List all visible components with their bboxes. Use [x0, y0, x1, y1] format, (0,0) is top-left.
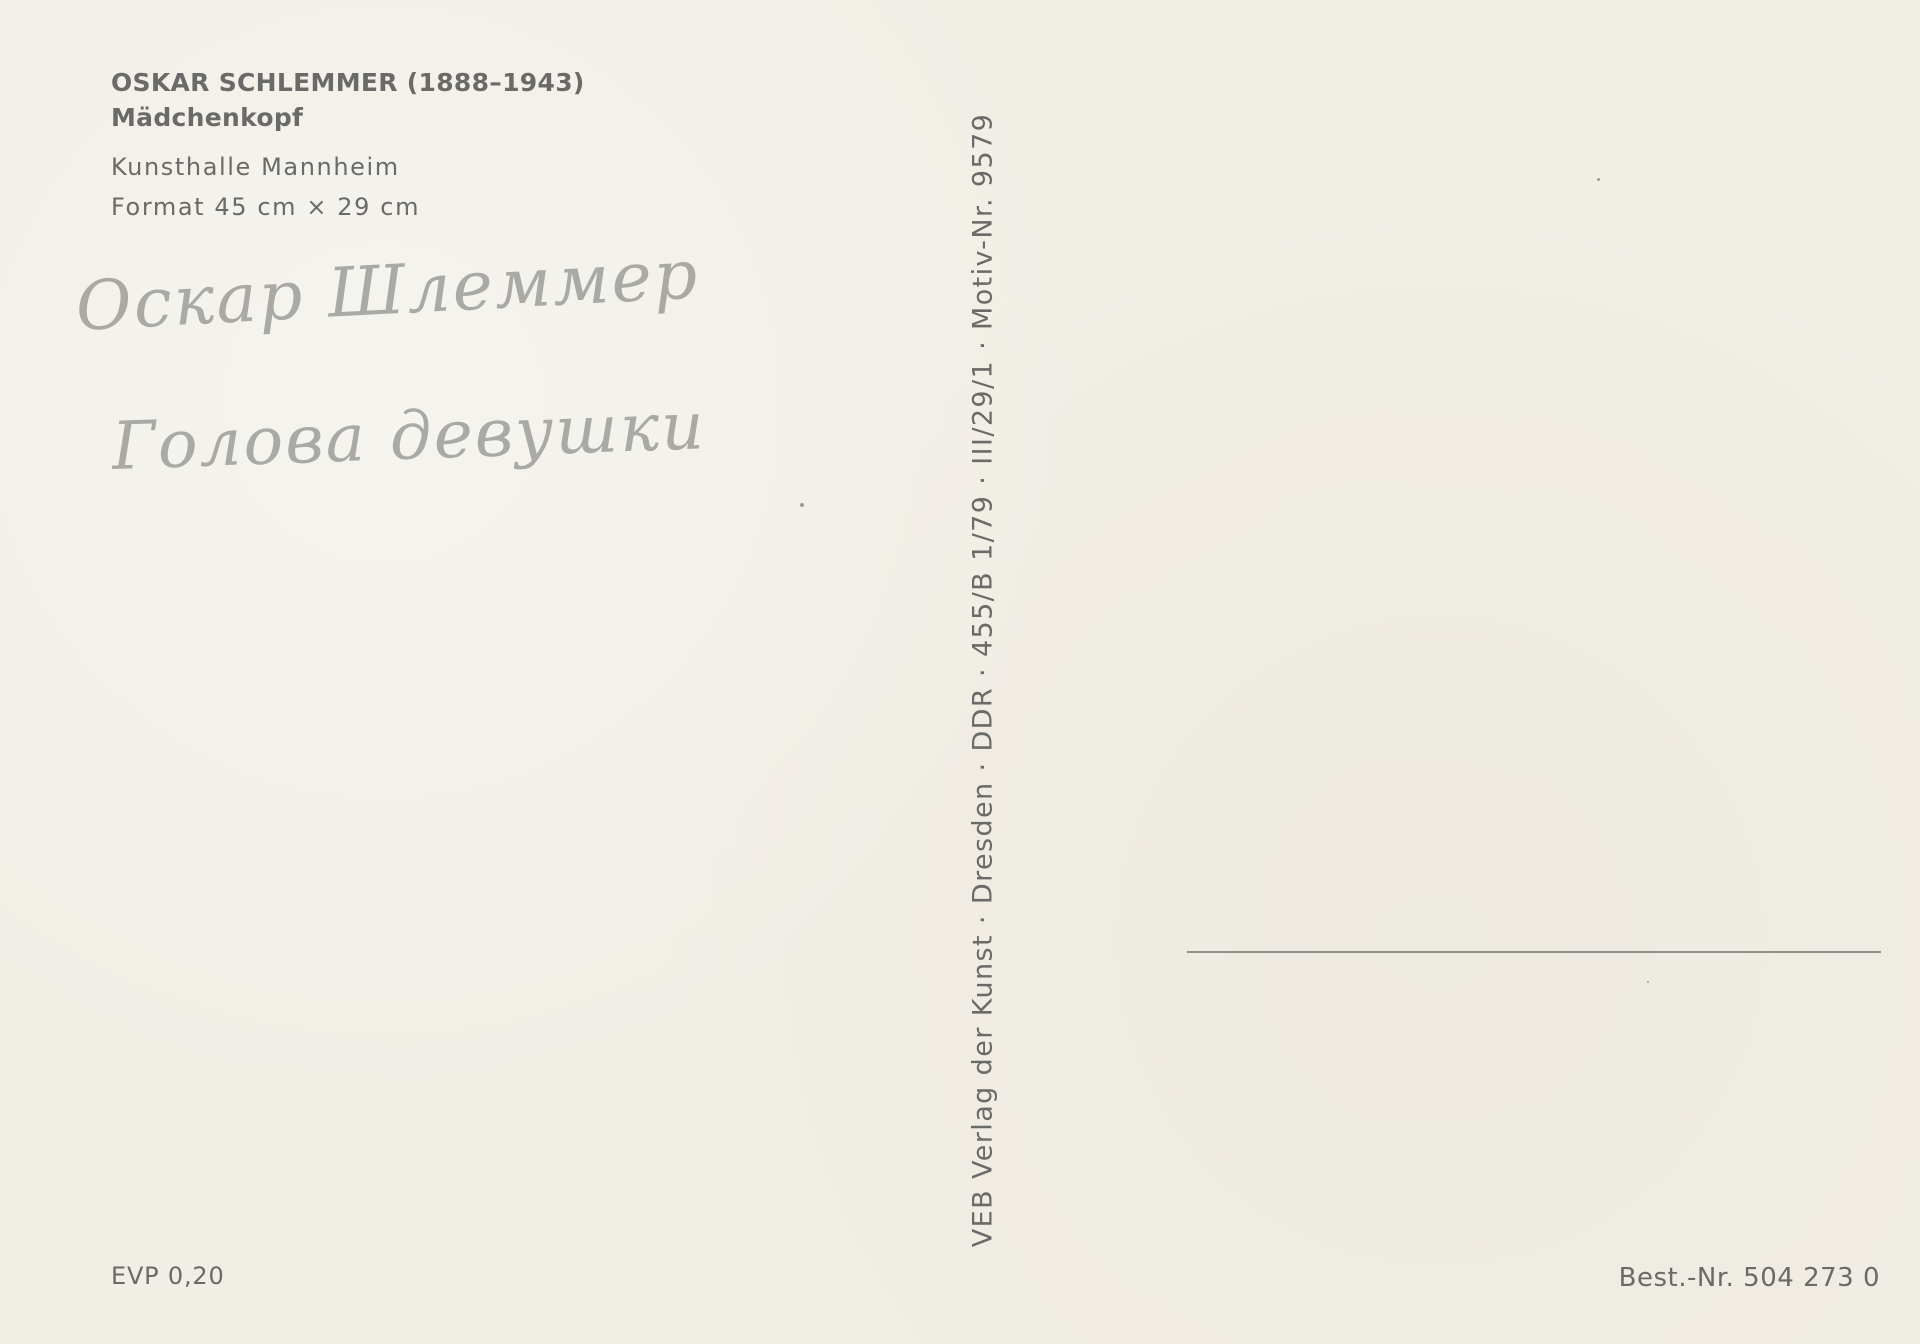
- handwritten-artist-name: Оскар Шлеммер: [74, 235, 701, 347]
- price-label: EVP 0,20: [111, 1262, 225, 1290]
- paper-speck: [1647, 981, 1649, 983]
- artwork-title: Mädchenkopf: [111, 103, 303, 132]
- publisher-imprint: VEB Verlag der Kunst · Dresden · DDR · 4…: [968, 113, 999, 1247]
- paper-speck: [1597, 178, 1600, 181]
- handwritten-artwork-title: Голова девушки: [111, 387, 707, 485]
- address-line-divider: [1187, 951, 1881, 953]
- paper-speck: [800, 503, 804, 507]
- order-number: Best.-Nr. 504 273 0: [1619, 1263, 1880, 1293]
- artwork-format: Format 45 cm × 29 cm: [111, 193, 420, 221]
- collection-name: Kunsthalle Mannheim: [111, 153, 400, 181]
- artist-name: OSKAR SCHLEMMER (1888–1943): [111, 68, 585, 97]
